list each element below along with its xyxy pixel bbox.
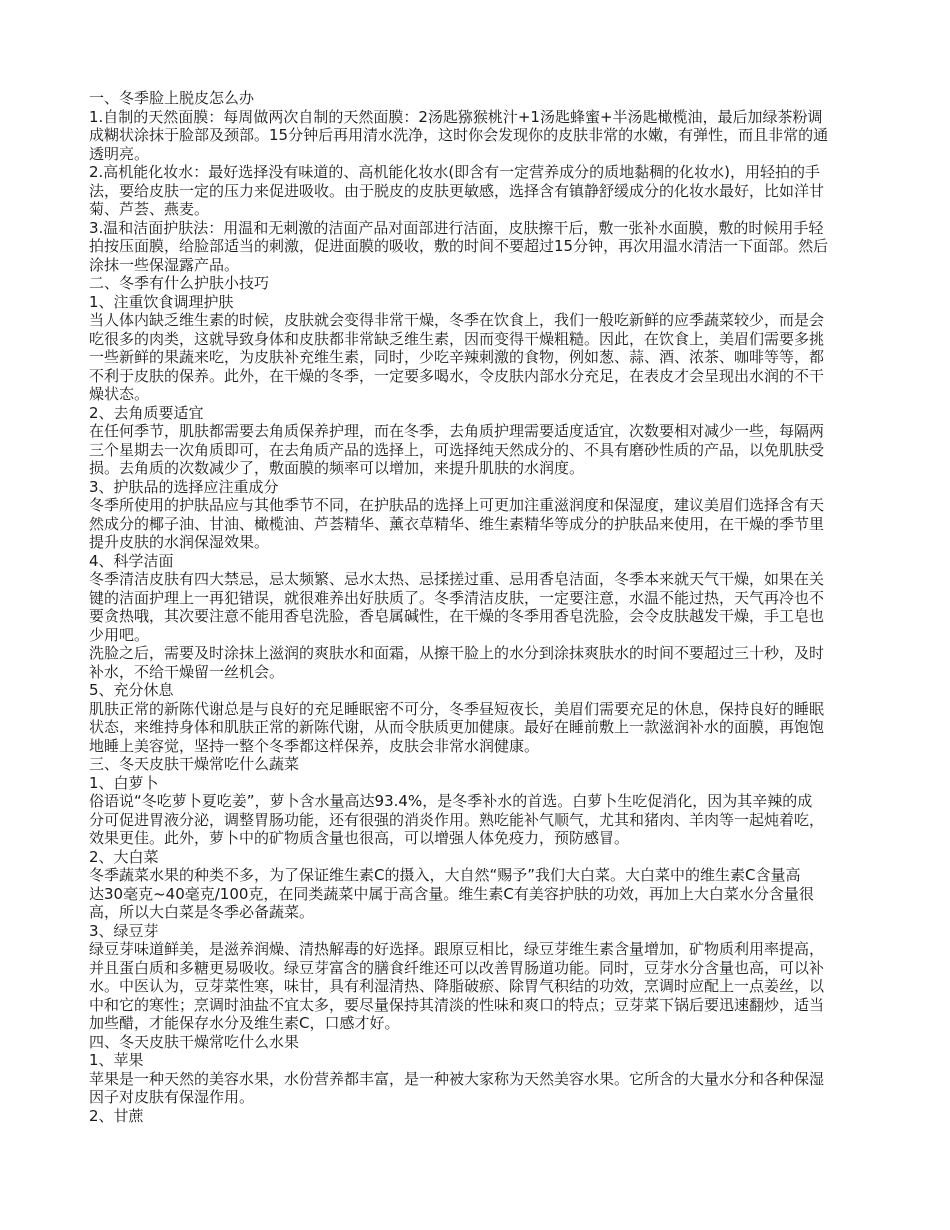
paragraph-line: 分可促进胃液分泌，调整胃肠功能，还有很强的消炎作用。熟吃能补气顺气，尤其和猪肉、… <box>89 811 869 830</box>
paragraph-line: 拍按压面膜，给脸部适当的刺激，促进面膜的吸收，敷的时间不要超过15分钟，再次用温… <box>89 237 869 256</box>
paragraph-line: 成糊状涂抹于脸部及颈部。15分钟后再用清水洗净，这时你会发现你的皮肤非常的水嫩，… <box>89 126 869 145</box>
subheading: 1、白萝卜 <box>89 774 869 793</box>
paragraph-line: 吃很多的肉类，这就导致身体和皮肤都非常缺乏维生素，因而变得干燥粗糙。因此，在饮食… <box>89 330 869 349</box>
paragraph-line: 键的洁面护理上一再犯错误，就很难养出好肤质了。冬季清洁皮肤，一定要注意，水温不能… <box>89 589 869 608</box>
paragraph-line: 在任何季节，肌肤都需要去角质保养护理，而在冬季，去角质护理需要适度适宜，次数要相… <box>89 422 869 441</box>
paragraph-line: 少用吧。 <box>89 626 869 645</box>
paragraph-line: 冬季蔬菜水果的种类不多，为了保证维生素C的摄入，大自然“赐予”我们大白菜。大白菜… <box>89 866 869 885</box>
paragraph-line: 损。去角质的次数减少了，敷面膜的频率可以增加，来提升肌肤的水润度。 <box>89 459 869 478</box>
paragraph-line: 达30毫克~40毫克/100克，在同类蔬菜中属于高含量。维生素C有美容护肤的功效… <box>89 885 869 904</box>
paragraph-line: 绿豆芽味道鲜美，是滋养润燥、清热解毒的好选择。跟原豆相比，绿豆芽维生素含量增加，… <box>89 940 869 959</box>
paragraph-line: 加些醋，才能保存水分及维生素C，口感才好。 <box>89 1014 869 1033</box>
paragraph-line: 冬季所使用的护肤品应与其他季节不同，在护肤品的选择上可更加注重滋润度和保湿度，建… <box>89 496 869 515</box>
paragraph-line: 法，要给皮肤一定的压力来促进吸收。由于脱皮的皮肤更敏感，选择含有镇静舒缓成分的化… <box>89 182 869 201</box>
paragraph-line: 燥状态。 <box>89 385 869 404</box>
paragraph-line: 透明亮。 <box>89 145 869 164</box>
section-heading: 三、冬天皮肤干燥常吃什么蔬菜 <box>89 755 869 774</box>
paragraph-line: 不利于皮肤的保养。此外，在干燥的冬季，一定要多喝水，令皮肤内部水分充足，在表皮才… <box>89 367 869 386</box>
paragraph-line: 冬季清洁皮肤有四大禁忌，忌太频繁、忌水太热、忌揉搓过重、忌用香皂洁面，冬季本来就… <box>89 570 869 589</box>
subheading: 2、去角质要适宜 <box>89 404 869 423</box>
subheading: 3、绿豆芽 <box>89 922 869 941</box>
paragraph-line: 然成分的椰子油、甘油、橄榄油、芦荟精华、薰衣草精华、维生素精华等成分的护肤品来使… <box>89 515 869 534</box>
subheading: 1、苹果 <box>89 1051 869 1070</box>
paragraph-line: 提升皮肤的水润保湿效果。 <box>89 533 869 552</box>
section-heading: 四、冬天皮肤干燥常吃什么水果 <box>89 1033 869 1052</box>
subheading: 4、科学洁面 <box>89 552 869 571</box>
section-heading: 一、冬季脸上脱皮怎么办 <box>89 89 869 108</box>
paragraph-line: 三个星期去一次角质即可，在去角质产品的选择上，可选择纯天然成分的、不具有磨砂性质… <box>89 441 869 460</box>
subheading: 1、注重饮食调理护肤 <box>89 293 869 312</box>
paragraph-line: 并且蛋白质和多糖更易吸收。绿豆芽富含的膳食纤维还可以改善胃肠道功能。同时，豆芽水… <box>89 959 869 978</box>
paragraph-line: 地睡上美容觉，坚持一整个冬季都这样保养，皮肤会非常水润健康。 <box>89 737 869 756</box>
paragraph-line: 涂抹一些保湿露产品。 <box>89 256 869 275</box>
paragraph-line: 补水，不给干燥留一丝机会。 <box>89 663 869 682</box>
paragraph-line: 1.自制的天然面膜：每周做两次自制的天然面膜：2汤匙猕猴桃汁+1汤匙蜂蜜+半汤匙… <box>89 108 869 127</box>
paragraph-line: 状态，来维持身体和肌肤正常的新陈代谢，从而令肤质更加健康。最好在睡前敷上一款滋润… <box>89 718 869 737</box>
paragraph-line: 2.高机能化妆水：最好选择没有味道的、高机能化妆水(即含有一定营养成分的质地黏稠… <box>89 163 869 182</box>
paragraph-line: 中和它的寒性；烹调时油盐不宜太多，要尽量保持其清淡的性味和爽口的特点；豆芽菜下锅… <box>89 996 869 1015</box>
subheading: 3、护肤品的选择应注重成分 <box>89 478 869 497</box>
paragraph-line: 肌肤正常的新陈代谢总是与良好的充足睡眠密不可分，冬季昼短夜长，美眉们需要充足的休… <box>89 700 869 719</box>
paragraph-line: 3.温和洁面护肤法：用温和无刺激的洁面产品对面部进行洁面，皮肤擦干后，敷一张补水… <box>89 219 869 238</box>
subheading: 2、甘蔗 <box>89 1107 869 1126</box>
paragraph-line: 效果更佳。此外，萝卜中的矿物质含量也很高，可以增强人体免疫力，预防感冒。 <box>89 829 869 848</box>
section-heading: 二、冬季有什么护肤小技巧 <box>89 274 869 293</box>
subheading: 5、充分休息 <box>89 681 869 700</box>
paragraph-line: 苹果是一种天然的美容水果，水份营养都丰富，是一种被大家称为天然美容水果。它所含的… <box>89 1070 869 1089</box>
document-body: 一、冬季脸上脱皮怎么办 1.自制的天然面膜：每周做两次自制的天然面膜：2汤匙猕猴… <box>89 89 869 1125</box>
paragraph-line: 菊、芦荟、燕麦。 <box>89 200 869 219</box>
paragraph-line: 俗语说“冬吃萝卜夏吃姜”，萝卜含水量高达93.4%，是冬季补水的首选。白萝卜生吃… <box>89 792 869 811</box>
paragraph-line: 水。中医认为，豆芽菜性寒，味甘，具有利湿清热、降脂破瘀、除胃气积结的功效，烹调时… <box>89 977 869 996</box>
paragraph-line: 当人体内缺乏维生素的时候，皮肤就会变得非常干燥，冬季在饮食上，我们一般吃新鲜的应… <box>89 311 869 330</box>
paragraph-line: 一些新鲜的果蔬来吃，为皮肤补充维生素，同时，少吃辛辣刺激的食物，例如葱、蒜、酒、… <box>89 348 869 367</box>
paragraph-line: 因子对皮肤有保湿作用。 <box>89 1088 869 1107</box>
paragraph-line: 洗脸之后，需要及时涂抹上滋润的爽肤水和面霜，从擦干脸上的水分到涂抹爽肤水的时间不… <box>89 644 869 663</box>
paragraph-line: 要贪热哦，其次要注意不能用香皂洗脸，香皂属碱性，在干燥的冬季用香皂洗脸，会令皮肤… <box>89 607 869 626</box>
subheading: 2、大白菜 <box>89 848 869 867</box>
paragraph-line: 高，所以大白菜是冬季必备蔬菜。 <box>89 903 869 922</box>
